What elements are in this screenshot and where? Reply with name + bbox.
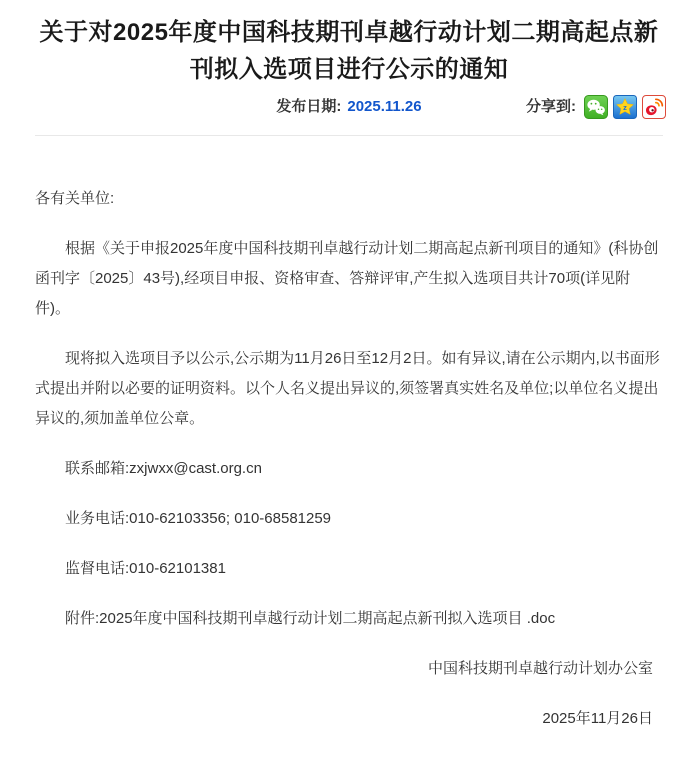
business-phone-label: 业务电话:: [65, 510, 129, 527]
attachment-label: 附件:: [65, 610, 99, 627]
supervision-phone-value: 010-62101381: [129, 560, 226, 577]
notice-body: 各有关单位: 根据《关于申报2025年度中国科技期刊卓越行动计划二期高起点新刊项…: [0, 136, 698, 766]
qzone-icon: z: [613, 95, 637, 119]
contact-email-line: 联系邮箱:zxjwxx@cast.org.cn: [35, 454, 663, 484]
wechat-share-button[interactable]: [584, 95, 608, 119]
meta-row: 发布日期:2025.11.26 分享到:: [28, 94, 670, 120]
signature: 中国科技期刊卓越行动计划办公室: [35, 654, 663, 684]
business-phone-value: 010-62103356; 010-68581259: [129, 510, 331, 527]
notice-page: 关于对2025年度中国科技期刊卓越行动计划二期高起点新刊拟入选项目进行公示的通知…: [0, 0, 698, 766]
business-phone-line: 业务电话:010-62103356; 010-68581259: [35, 504, 663, 534]
contact-email-value: zxjwxx@cast.org.cn: [129, 460, 262, 477]
share-label: 分享到:: [526, 94, 576, 120]
weibo-share-button[interactable]: [642, 95, 666, 119]
paragraph-publicity: 现将拟入选项目予以公示,公示期为11月26日至12月2日。如有异议,请在公示期内…: [35, 344, 663, 434]
notice-header: 关于对2025年度中国科技期刊卓越行动计划二期高起点新刊拟入选项目进行公示的通知…: [0, 0, 698, 120]
qzone-share-button[interactable]: z: [613, 95, 637, 119]
supervision-phone-line: 监督电话:010-62101381: [35, 554, 663, 584]
weibo-icon: [642, 95, 666, 119]
page-title: 关于对2025年度中国科技期刊卓越行动计划二期高起点新刊拟入选项目进行公示的通知: [28, 14, 670, 88]
sign-date: 2025年11月26日: [35, 704, 663, 734]
attachment-link[interactable]: 2025年度中国科技期刊卓越行动计划二期高起点新刊拟入选项目 .doc: [99, 610, 555, 627]
wechat-icon: [584, 95, 608, 119]
attachment-line: 附件:2025年度中国科技期刊卓越行动计划二期高起点新刊拟入选项目 .doc: [35, 604, 663, 634]
svg-text:z: z: [623, 103, 627, 112]
supervision-phone-label: 监督电话:: [65, 560, 129, 577]
publish-date-value: 2025.11.26: [347, 98, 421, 115]
publish-date-label: 发布日期:: [276, 98, 341, 115]
salutation: 各有关单位:: [35, 184, 663, 214]
share-bar: 分享到:: [526, 94, 666, 120]
paragraph-basis: 根据《关于申报2025年度中国科技期刊卓越行动计划二期高起点新刊项目的通知》(科…: [35, 234, 663, 324]
contact-email-label: 联系邮箱:: [65, 460, 129, 477]
